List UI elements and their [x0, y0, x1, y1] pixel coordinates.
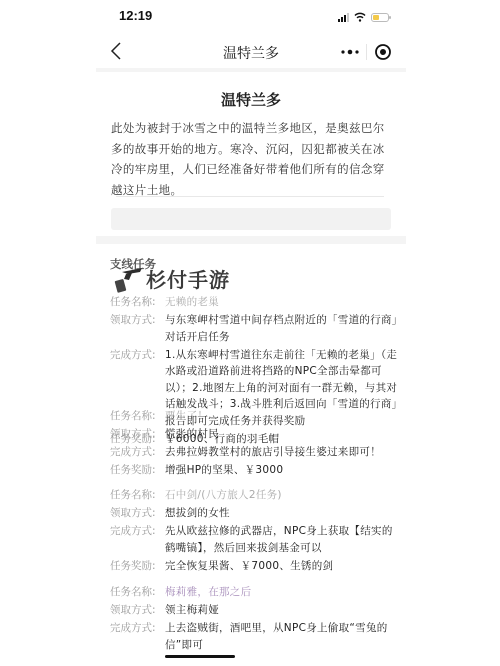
record-target-icon[interactable]	[374, 43, 392, 61]
nav-bar: 温特兰多	[96, 36, 406, 68]
wifi-icon	[354, 12, 366, 22]
quest-item: 任务名称: 梅莉雅，在那之后 领取方式: 领主梅莉娅 完成方式: 上去盗贼街，酒…	[110, 584, 400, 655]
label: 完成方式:	[110, 444, 165, 461]
quest-name-row: 任务名称: 无赖的老巢	[110, 294, 400, 311]
divider	[116, 196, 384, 197]
quest-complete: 先从欧兹拉修的武器店，NPC身上获取【结实的鹤嘴镐】，然后回来拔剑基金可以	[165, 523, 400, 556]
quest-complete: 上去盗贼街，酒吧里，从NPC身上偷取“雪兔的信”即可	[165, 620, 400, 653]
quest-name-row: 任务名称: 要生了！	[110, 408, 400, 425]
quest-complete-row: 完成方式: 上去盗贼街，酒吧里，从NPC身上偷取“雪兔的信”即可	[110, 620, 400, 653]
quest-name-row: 任务名称: 石中剑/(八方旅人2任务)	[110, 487, 400, 504]
quest-accept: 慌张的村民	[165, 426, 400, 443]
label: 任务名称:	[110, 487, 165, 504]
label: 领取方式:	[110, 312, 165, 345]
intro-card: 温特兰多 此处为被封于冰雪之中的温特兰多地区，是奥兹巴尔多的故事开始的地方。寒冷…	[96, 72, 406, 236]
side-quests-card: 支线任务 杉付手游 任务名称: 无赖的老巢 领取方式: 与东寒岬村雪道中间存档点…	[96, 244, 406, 666]
quest-reward: 增强HP的坚果、￥3000	[165, 462, 400, 479]
cellular-signal-icon	[338, 13, 349, 22]
label: 任务奖励:	[110, 558, 165, 575]
quest-complete-row: 完成方式: 去弗拉姆教堂村的旅店引导接生婆过来即可！	[110, 444, 400, 461]
label: 领取方式:	[110, 602, 165, 619]
quest-reward: 完全恢复果酱、￥7000、生锈的剑	[165, 558, 400, 575]
quest-item: 任务名称: 要生了！ 领取方式: 慌张的村民 完成方式: 去弗拉姆教堂村的旅店引…	[110, 408, 400, 480]
quest-item: 任务名称: 石中剑/(八方旅人2任务) 领取方式: 想拔剑的女性 完成方式: 先…	[110, 487, 400, 576]
status-bar: 12:19	[0, 0, 500, 36]
placeholder-bar	[111, 208, 391, 230]
quest-reward-row: 任务奖励: 增强HP的坚果、￥3000	[110, 462, 400, 479]
status-icons	[338, 12, 389, 22]
more-dots-icon[interactable]	[339, 45, 361, 59]
quest-name: 无赖的老巢	[165, 294, 400, 311]
label: 完成方式:	[110, 523, 165, 556]
intro-title: 温特兰多	[96, 89, 406, 110]
home-indicator[interactable]	[165, 655, 235, 658]
section-title: 支线任务	[110, 256, 156, 272]
label: 领取方式:	[110, 505, 165, 522]
label: 任务名称:	[110, 584, 165, 601]
quest-reward-row: 任务奖励: 完全恢复果酱、￥7000、生锈的剑	[110, 558, 400, 575]
quest-accept-row: 领取方式: 慌张的村民	[110, 426, 400, 443]
quest-name: 梅莉雅，在那之后	[165, 584, 400, 601]
quest-accept-row: 领取方式: 与东寒岬村雪道中间存档点附近的「雪道的行商」对话开启任务	[110, 312, 400, 345]
page-content[interactable]: 温特兰多 此处为被封于冰雪之中的温特兰多地区，是奥兹巴尔多的故事开始的地方。寒冷…	[96, 68, 406, 666]
watermark-text: 杉付手游	[146, 264, 230, 293]
quest-name: 石中剑/(八方旅人2任务)	[165, 487, 400, 504]
label: 任务名称:	[110, 408, 165, 425]
status-time: 12:19	[119, 8, 152, 23]
quest-accept: 与东寒岬村雪道中间存档点附近的「雪道的行商」对话开启任务	[165, 312, 400, 345]
label: 完成方式:	[110, 620, 165, 653]
label: 领取方式:	[110, 426, 165, 443]
intro-text: 此处为被封于冰雪之中的温特兰多地区，是奥兹巴尔多的故事开始的地方。寒冷、沉闷，囚…	[111, 118, 393, 200]
quest-accept-row: 领取方式: 领主梅莉娅	[110, 602, 400, 619]
label: 任务奖励:	[110, 462, 165, 479]
quest-accept-row: 领取方式: 想拔剑的女性	[110, 505, 400, 522]
battery-low-icon	[371, 13, 389, 22]
quest-name-row: 任务名称: 梅莉雅，在那之后	[110, 584, 400, 601]
battery-level	[373, 15, 379, 20]
label: 任务名称:	[110, 294, 165, 311]
quest-name: 要生了！	[165, 408, 400, 425]
quest-accept: 领主梅莉娅	[165, 602, 400, 619]
quest-accept: 想拔剑的女性	[165, 505, 400, 522]
quest-complete-row: 完成方式: 先从欧兹拉修的武器店，NPC身上获取【结实的鹤嘴镐】，然后回来拔剑基…	[110, 523, 400, 556]
nav-divider	[366, 44, 367, 60]
quest-complete: 去弗拉姆教堂村的旅店引导接生婆过来即可！	[165, 444, 400, 461]
